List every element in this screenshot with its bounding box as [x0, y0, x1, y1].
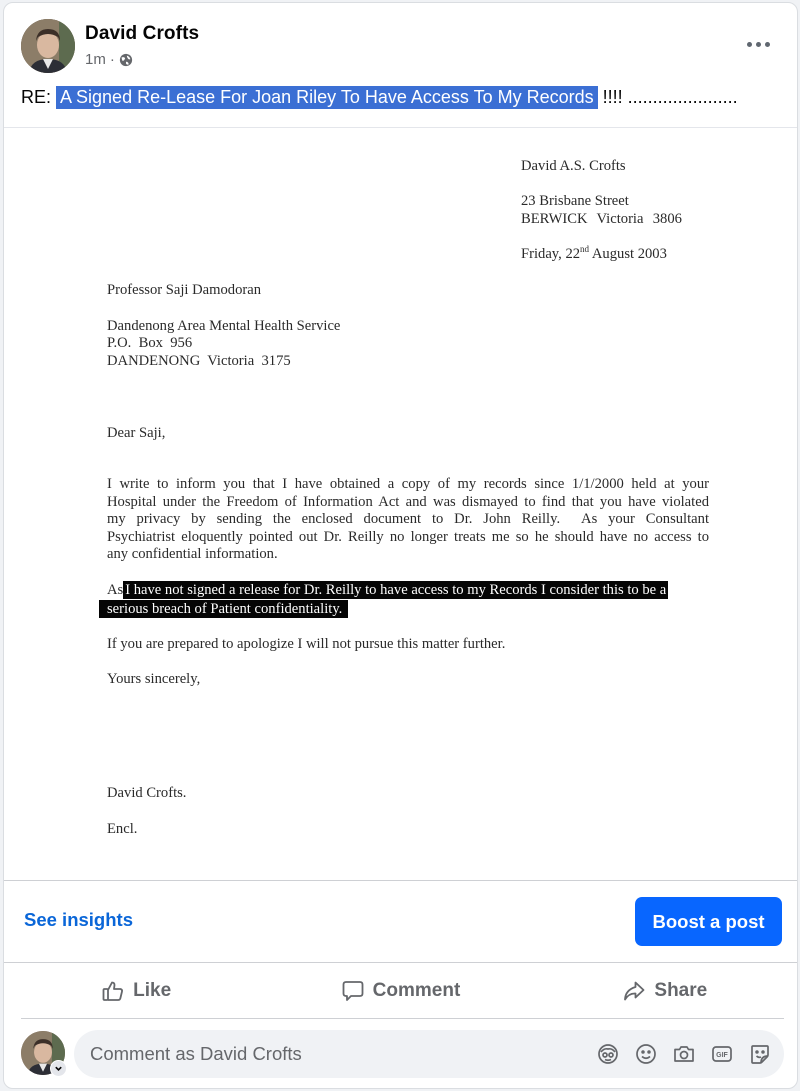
letter-enclosure: Encl. [107, 821, 137, 838]
comment-label: Comment [373, 980, 461, 1002]
post-card: David Crofts 1m · RE: A Signed Re-Lease … [3, 2, 798, 1089]
comment-button[interactable]: Comment [268, 965, 532, 1017]
para1-line: my privacy by sending the enclosed docum… [107, 511, 709, 529]
date-prefix: Friday, 22 [521, 246, 580, 262]
sticker-icon[interactable] [748, 1042, 772, 1066]
divider [4, 880, 797, 881]
letter-sender-city: BERWICK Victoria 3806 [521, 211, 682, 228]
divider [4, 962, 797, 963]
gif-icon[interactable]: GIF [710, 1042, 734, 1066]
like-button[interactable]: Like [4, 965, 268, 1017]
sender-city-text: BERWICK Victoria 3806 [521, 211, 682, 227]
letter-recipient-city: DANDENONG Victoria 3175 [107, 353, 291, 370]
letter-signature: David Crofts. [107, 785, 186, 802]
para1-line: I write to inform you that I have obtain… [107, 476, 709, 494]
author-name[interactable]: David Crofts [85, 23, 199, 45]
thumbs-up-icon [101, 979, 125, 1003]
more-dot-icon [765, 42, 770, 47]
letter-paragraph-3: If you are prepared to apologize I will … [107, 636, 505, 653]
comment-icons: GIF [596, 1042, 772, 1066]
letter-sender-street: 23 Brisbane Street [521, 193, 629, 210]
comment-bubble-icon [341, 979, 365, 1003]
see-insights-link[interactable]: See insights [24, 909, 133, 931]
globe-icon[interactable] [119, 53, 133, 67]
author-avatar[interactable] [21, 19, 75, 73]
letter-sender-name: David A.S. Crofts [521, 158, 626, 175]
more-dot-icon [756, 42, 761, 47]
letter-recipient-name: Professor Saji Damodoran [107, 282, 261, 299]
letter-salutation: Dear Saji, [107, 425, 165, 442]
post-meta: 1m · [85, 51, 133, 68]
post-text-highlight: A Signed Re-Lease For Joan Riley To Have… [56, 86, 598, 109]
profile-switch-chevron-icon[interactable] [50, 1060, 67, 1077]
redacted-highlight: serious breach of Patient confidentialit… [99, 600, 348, 618]
post-header: David Crofts 1m · [4, 3, 797, 83]
letter-image[interactable]: David A.S. Crofts 23 Brisbane Street BER… [4, 128, 797, 880]
letter-paragraph-2-line-2: serious breach of Patient confidentialit… [99, 601, 348, 618]
camera-icon[interactable] [672, 1042, 696, 1066]
letter-recipient-box: P.O. Box 956 [107, 335, 192, 352]
emoji-icon[interactable] [634, 1042, 658, 1066]
date-suffix: August 2003 [589, 246, 667, 262]
avatar-sticker-icon[interactable] [596, 1042, 620, 1066]
like-label: Like [133, 980, 171, 1002]
letter-paragraph-2-line-1: AsI have not signed a release for Dr. Re… [107, 582, 668, 599]
svg-text:GIF: GIF [716, 1052, 728, 1059]
post-text-prefix: RE: [21, 87, 56, 107]
post-time[interactable]: 1m [85, 51, 106, 68]
para1-line: Psychiatrist eloquently pointed out Dr. … [107, 529, 709, 547]
para1-line: Hospital under the Freedom of Informatio… [107, 494, 709, 512]
para1-line: any confidential information. [107, 546, 709, 564]
para2-prefix: As [107, 582, 123, 598]
redacted-highlight: I have not signed a release for Dr. Reil… [123, 581, 668, 599]
letter-date: Friday, 22nd August 2003 [521, 246, 667, 263]
comment-input[interactable] [90, 1030, 570, 1078]
more-dot-icon [747, 42, 752, 47]
share-arrow-icon [622, 979, 646, 1003]
date-sup: nd [580, 244, 589, 254]
letter-closing: Yours sincerely, [107, 671, 200, 688]
share-button[interactable]: Share [533, 965, 797, 1017]
meta-separator: · [110, 51, 115, 68]
post-actions: Like Comment Share [4, 965, 797, 1017]
post-text: RE: A Signed Re-Lease For Joan Riley To … [21, 87, 738, 108]
divider [21, 1018, 784, 1019]
letter-paragraph-1: I write to inform you that I have obtain… [107, 476, 709, 564]
letter-recipient-org: Dandenong Area Mental Health Service [107, 318, 340, 335]
boost-post-button[interactable]: Boost a post [635, 897, 782, 946]
more-options-button[interactable] [743, 37, 773, 51]
comment-composer: GIF [74, 1030, 784, 1078]
share-label: Share [654, 980, 707, 1002]
post-text-suffix: !!!! ...................... [598, 87, 738, 107]
